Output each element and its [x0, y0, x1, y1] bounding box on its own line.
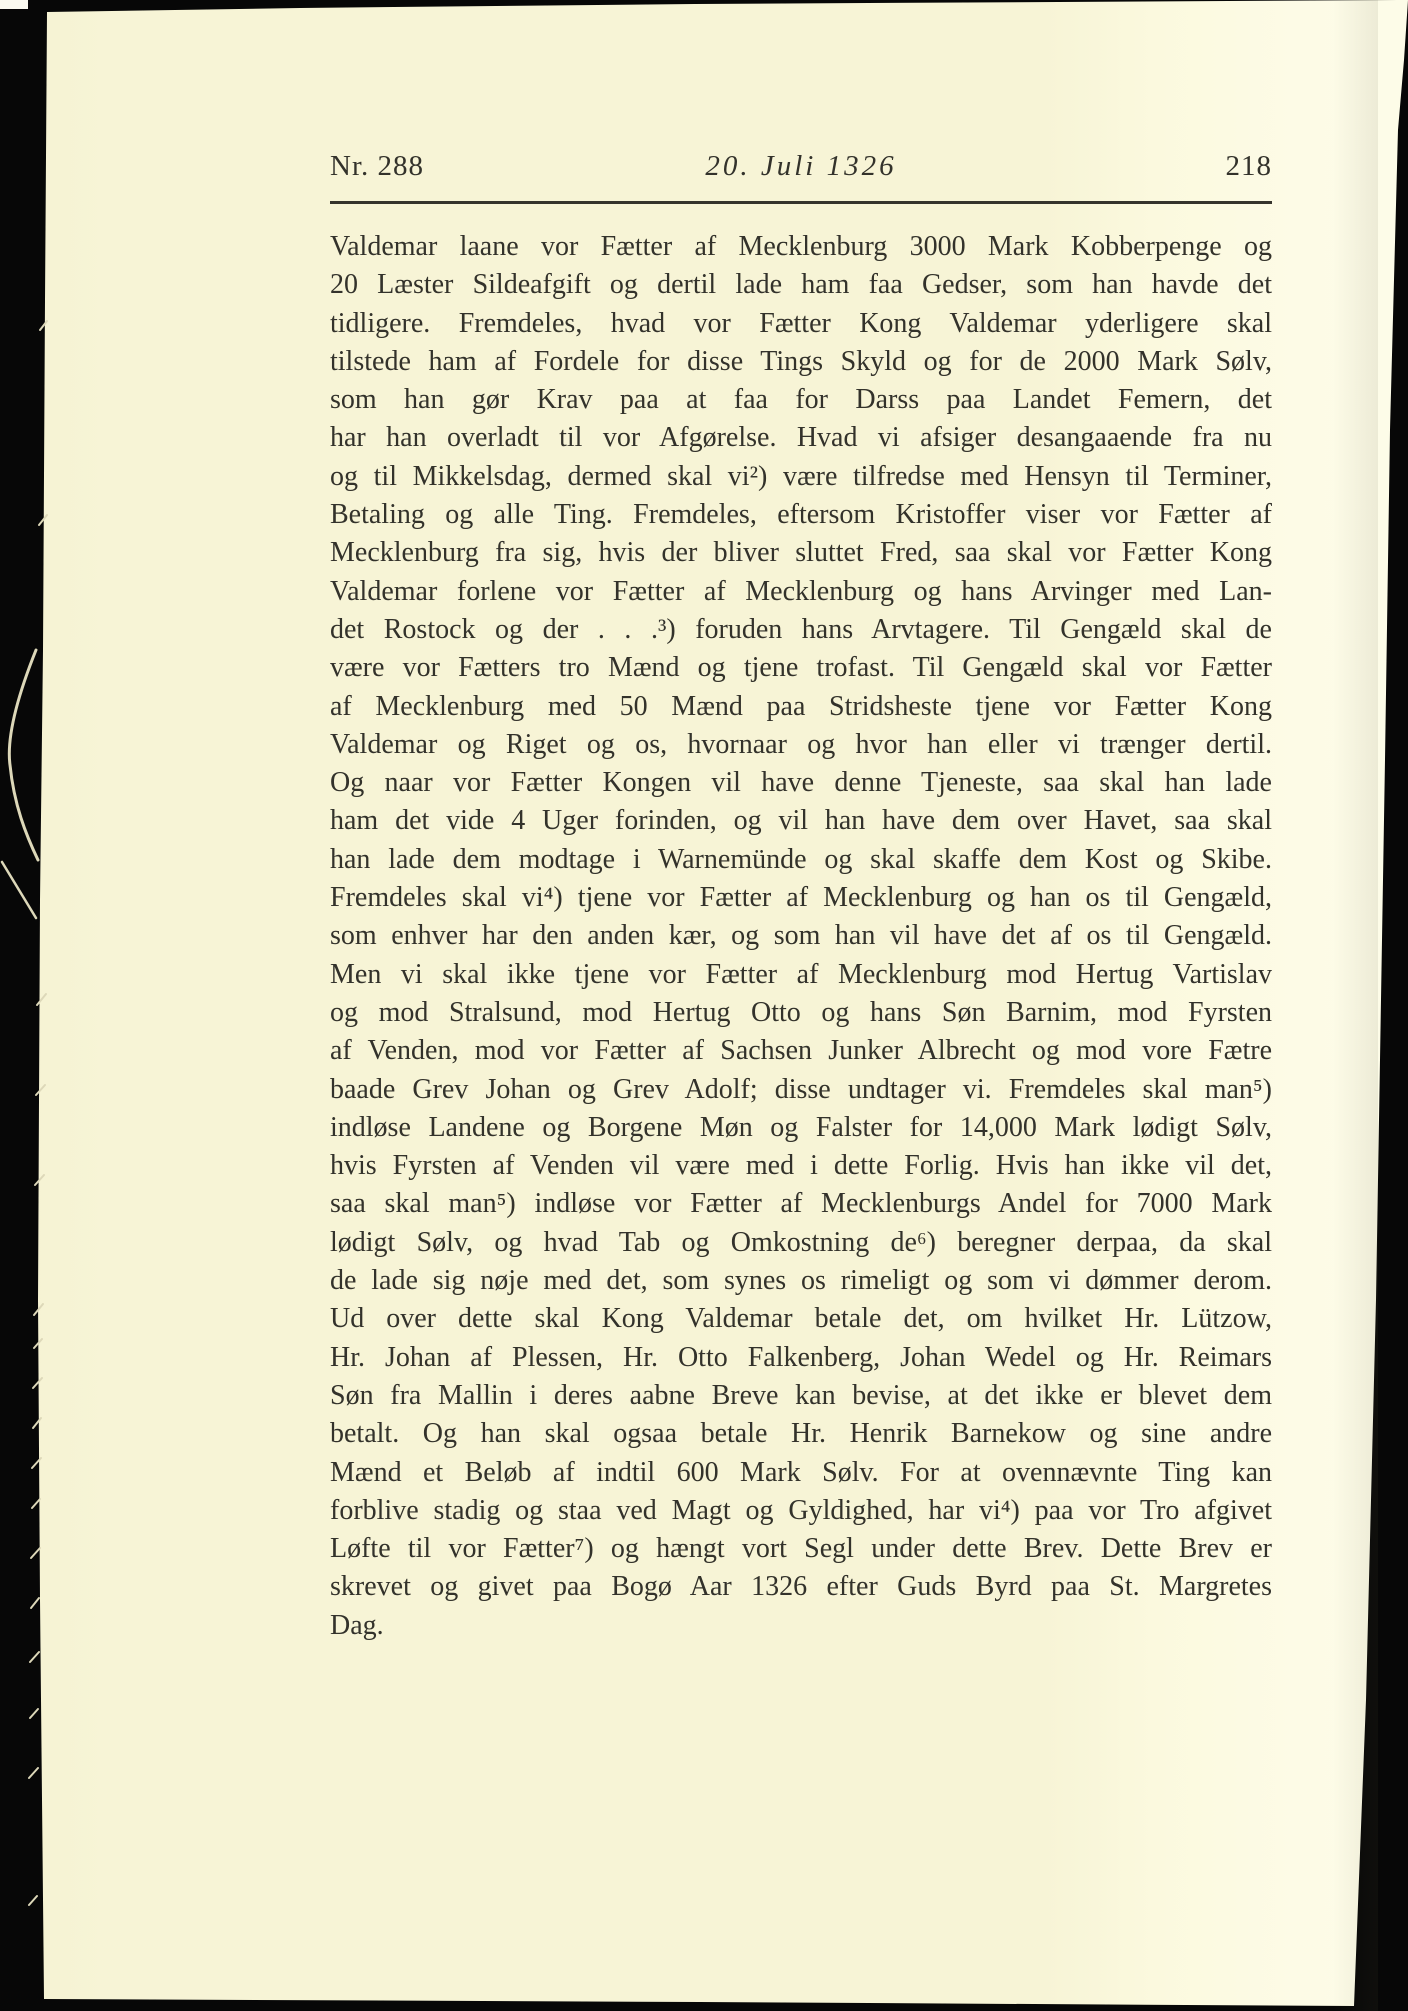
text-line: Dag.	[330, 1607, 1272, 1645]
text-line: betalt. Og han skal ogsaa betale Hr. Hen…	[330, 1415, 1272, 1453]
text-line: tilstede ham af Fordele for disse Tings …	[330, 343, 1272, 381]
text-line: forblive stadig og staa ved Magt og Gyld…	[330, 1492, 1272, 1530]
text-line: 20 Læster Sildeafgift og dertil lade ham…	[330, 266, 1272, 304]
text-line: har han overladt til vor Afgørelse. Hvad…	[330, 419, 1272, 457]
text-line: Valdemar forlene vor Fætter af Mecklenbu…	[330, 573, 1272, 611]
text-line: lødigt Sølv, og hvad Tab og Omkostning d…	[330, 1224, 1272, 1262]
text-line: af Mecklenburg med 50 Mænd paa Stridshes…	[330, 688, 1272, 726]
scan-edge-artifacts	[0, 0, 70, 2011]
text-line: saa skal man⁵) indløse vor Fætter af Mec…	[330, 1185, 1272, 1223]
text-line: Søn fra Mallin i deres aabne Breve kan b…	[330, 1377, 1272, 1415]
text-line: Hr. Johan af Plessen, Hr. Otto Falkenber…	[330, 1339, 1272, 1377]
text-line: være vor Fætters tro Mænd og tjene trofa…	[330, 649, 1272, 687]
text-line: skrevet og givet paa Bogø Aar 1326 efter…	[330, 1568, 1272, 1606]
text-line: Mænd et Beløb af indtil 600 Mark Sølv. F…	[330, 1454, 1272, 1492]
text-line: det Rostock og der . . .³) foruden hans …	[330, 611, 1272, 649]
text-line: Mecklenburg fra sig, hvis der bliver slu…	[330, 534, 1272, 572]
text-line: Valdemar laane vor Fætter af Mecklenburg…	[330, 228, 1272, 266]
text-line: tidligere. Fremdeles, hvad vor Fætter Ko…	[330, 305, 1272, 343]
text-line: de lade sig nøje med det, som synes os r…	[330, 1262, 1272, 1300]
text-line: Valdemar og Riget og os, hvornaar og hvo…	[330, 726, 1272, 764]
text-line: som han gør Krav paa at faa for Darss pa…	[330, 381, 1272, 419]
document-entry-number: Nr. 288	[330, 150, 607, 183]
header-rule	[330, 201, 1272, 204]
text-line: Ud over dette skal Kong Valdemar betale …	[330, 1300, 1272, 1338]
text-line: han lade dem modtage i Warnemünde og ska…	[330, 841, 1272, 879]
text-line: som enhver har den anden kær, og som han…	[330, 917, 1272, 955]
text-line: og mod Stralsund, mod Hertug Otto og han…	[330, 994, 1272, 1032]
text-line: Og naar vor Fætter Kongen vil have denne…	[330, 764, 1272, 802]
text-line: indløse Landene og Borgene Møn og Falste…	[330, 1109, 1272, 1147]
text-line: Fremdeles skal vi⁴) tjene vor Fætter af …	[330, 879, 1272, 917]
text-line: ham det vide 4 Uger forinden, og vil han…	[330, 802, 1272, 840]
text-line: Betaling og alle Ting. Fremdeles, efters…	[330, 496, 1272, 534]
scanned-book-page: Nr. 288 20. Juli 1326 218 Valdemar laane…	[0, 0, 1408, 2011]
text-line: baade Grev Johan og Grev Adolf; disse un…	[330, 1071, 1272, 1109]
document-body-text: Valdemar laane vor Fætter af Mecklenburg…	[330, 228, 1272, 1645]
page-header: Nr. 288 20. Juli 1326 218	[330, 150, 1272, 192]
page-number: 218	[995, 150, 1272, 183]
text-line: af Venden, mod vor Fætter af Sachsen Jun…	[330, 1032, 1272, 1070]
text-line: og til Mikkelsdag, dermed skal vi²) være…	[330, 458, 1272, 496]
text-line: Løfte til vor Fætter⁷) og hængt vort Seg…	[330, 1530, 1272, 1568]
document-date-heading: 20. Juli 1326	[607, 150, 995, 183]
text-line: hvis Fyrsten af Venden vil være med i de…	[330, 1147, 1272, 1185]
text-line: Men vi skal ikke tjene vor Fætter af Mec…	[330, 956, 1272, 994]
